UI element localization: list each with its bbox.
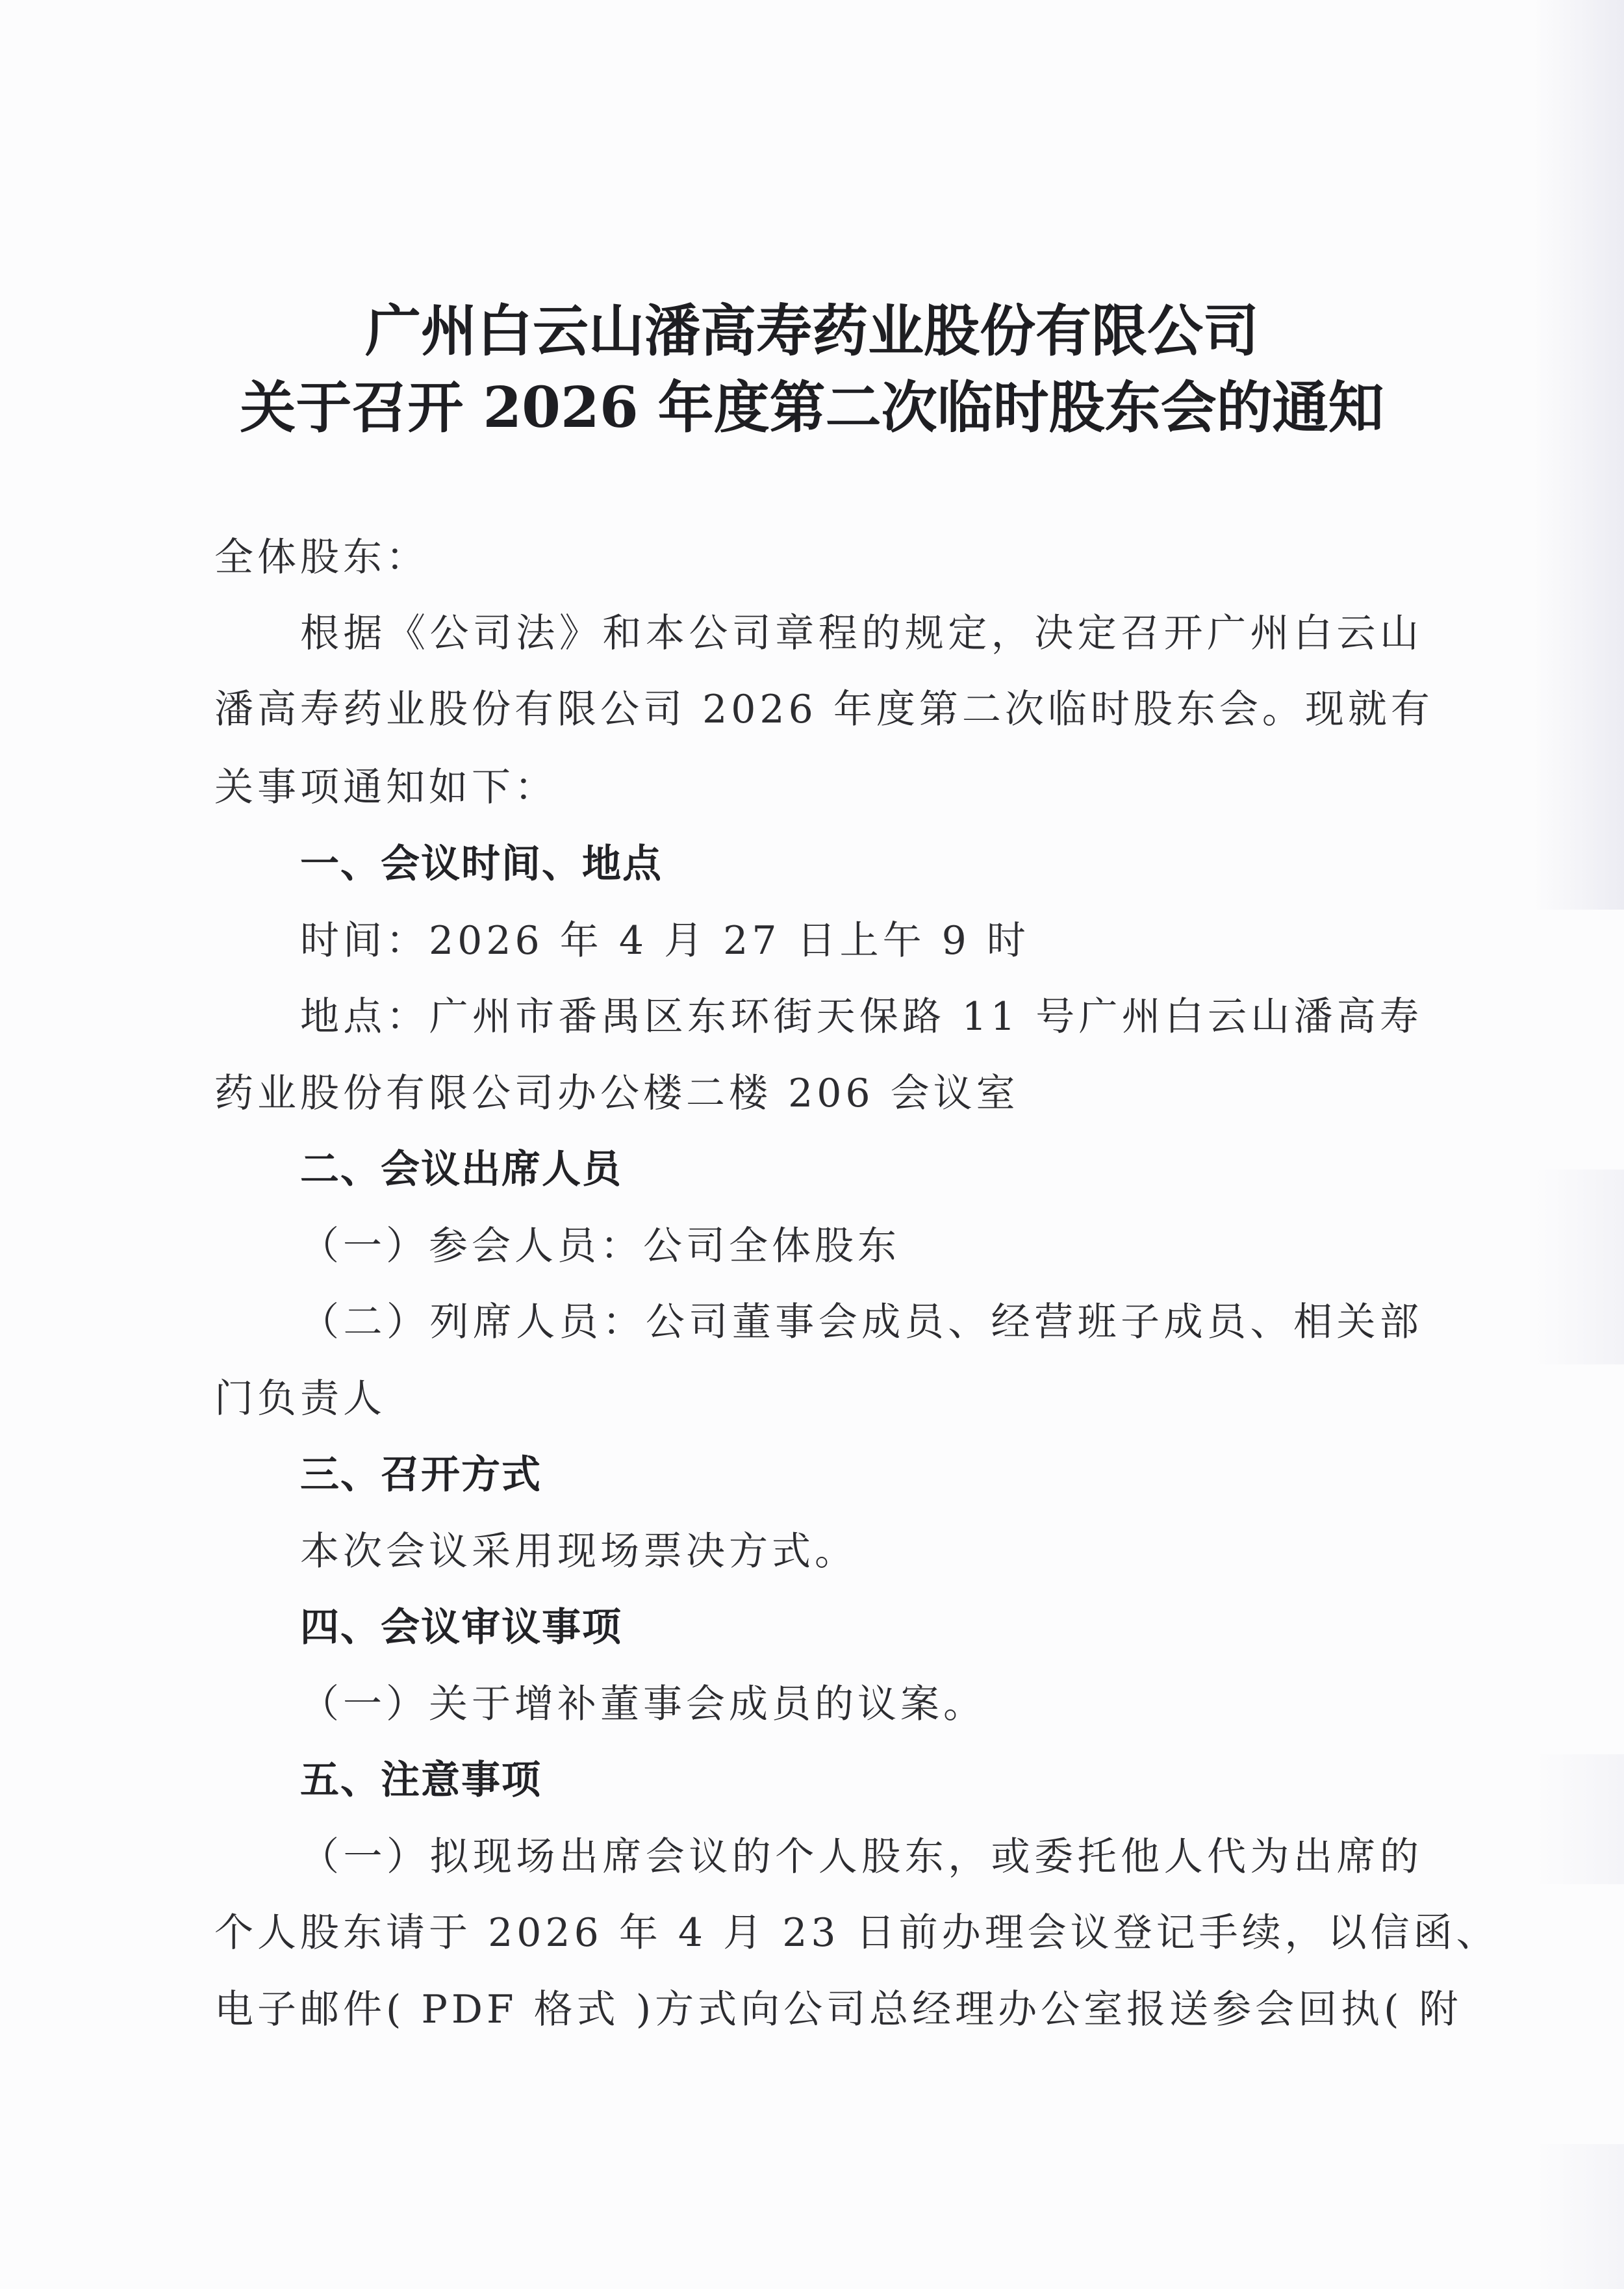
scan-shadow	[1533, 1170, 1624, 1364]
document-page: 广州白云山潘高寿药业股份有限公司 关于召开 2026 年度第二次临时股东会的通知…	[0, 0, 1624, 2289]
intro-line: 根据《公司法》和本公司章程的规定，决定召开广州白云山	[300, 607, 1423, 659]
attendees-observers-cont: 门负责人	[214, 1373, 1423, 1425]
scan-shadow	[1533, 2144, 1624, 2289]
scan-shadow	[1533, 0, 1624, 910]
document-title-line-2: 关于召开 2026 年度第二次临时股东会的通知	[0, 363, 1624, 443]
section-heading-notes: 五、注意事项	[300, 1754, 1423, 1806]
attendees-participants: （一）参会人员：公司全体股东	[300, 1220, 1423, 1272]
notes-line: 电子邮件( PDF 格式 )方式向公司总经理办公室报送参会回执( 附	[214, 1984, 1423, 2036]
agenda-item: （一）关于增补董事会成员的议案。	[300, 1678, 1423, 1730]
notes-line: （一）拟现场出席会议的个人股东，或委托他人代为出席的	[300, 1831, 1423, 1883]
meeting-time: 时间：2026 年 4 月 27 日上午 9 时	[300, 915, 1423, 967]
document-title-line-1: 广州白云山潘高寿药业股份有限公司	[0, 286, 1624, 366]
intro-line: 关事项通知如下：	[214, 761, 1423, 813]
salutation: 全体股东：	[214, 531, 1423, 583]
section-heading-attendees: 二、会议出席人员	[300, 1144, 1423, 1196]
section-heading-time-location: 一、会议时间、地点	[300, 838, 1423, 890]
scan-shadow	[1533, 1754, 1624, 1884]
attendees-observers: （二）列席人员：公司董事会成员、经营班子成员、相关部	[300, 1296, 1423, 1348]
intro-line: 潘高寿药业股份有限公司 2026 年度第二次临时股东会。现就有	[214, 684, 1423, 735]
meeting-method: 本次会议采用现场票决方式。	[300, 1526, 1423, 1578]
meeting-location: 地点：广州市番禺区东环街天保路 11 号广州白云山潘高寿	[300, 991, 1423, 1043]
section-heading-method: 三、召开方式	[300, 1449, 1423, 1501]
notes-line: 个人股东请于 2026 年 4 月 23 日前办理会议登记手续，以信函、	[214, 1907, 1423, 1959]
section-heading-agenda: 四、会议审议事项	[300, 1602, 1423, 1654]
meeting-location-cont: 药业股份有限公司办公楼二楼 206 会议室	[214, 1068, 1423, 1119]
